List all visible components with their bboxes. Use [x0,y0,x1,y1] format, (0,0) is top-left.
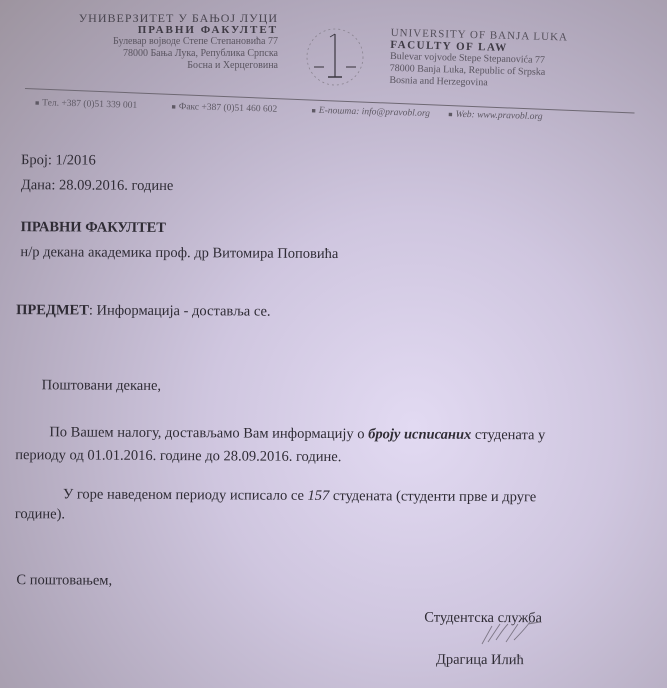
letterhead-address-line-1: Булевар војводе Степе Степановића 77 [48,36,278,48]
recipient-attention: н/р декана академика проф. др Витомира П… [20,244,338,263]
subject-line: ПРЕДМЕТ: Информација - доставља се. [16,302,271,321]
contact-phone: Тел. +387 (0)51 339 001 [42,98,137,111]
paragraph-2-line-2: године). [15,506,65,523]
contact-fax: Факс +387 (0)51 460 602 [179,102,278,115]
paragraph-1-text: По Вашем налогу, достављамо Вам информац… [49,424,368,442]
handwritten-signature-icon [478,618,548,648]
bullet-icon: ■ [448,111,452,119]
recipient-title: ПРАВНИ ФАКУЛТЕТ [21,219,166,237]
contact-web: Web: www.pravobl.org [455,110,542,122]
bullet-icon: ■ [311,107,315,115]
paragraph-2-line-1: У горе наведеном периоду исписало се 157… [63,486,536,506]
letterhead-faculty-cyrillic: ПРАВНИ ФАКУЛТЕТ [48,24,278,36]
paragraph-1-line-1: По Вашем налогу, достављамо Вам информац… [49,424,545,444]
paragraph-2-text: У горе наведеном периоду исписало се [63,486,308,503]
paragraph-2-text-end: студената (студенти прве и друге [329,488,536,505]
document-date: Дана: 28.09.2016. године [21,177,174,195]
letterhead-address-line-3: Босна и Херцеговина [48,60,278,72]
signature-name: Драгица Илић [436,652,524,670]
letterhead-english: UNIVERSITY OF BANJA LUKA FACULTY OF LAW … [389,27,630,93]
letterhead-address-line-2: 78000 Бања Лука, Република Српска [48,48,278,60]
document-number: Број: 1/2016 [21,152,96,169]
subject-text: : Информација - доставља се. [89,303,271,320]
student-count: 157 [307,488,329,504]
letterhead-university-cyrillic: УНИВЕРЗИТЕТ У БАЊОЈ ЛУЦИ [48,12,278,24]
letterhead-contact-line: ■Тел. +387 (0)51 339 001 ■Факс +387 (0)5… [35,98,655,125]
letterhead-cyrillic: УНИВЕРЗИТЕТ У БАЊОЈ ЛУЦИ ПРАВНИ ФАКУЛТЕТ… [48,12,278,72]
closing: С поштовањем, [16,572,112,590]
paragraph-1-line-2: периоду од 01.01.2016. године до 28.09.2… [15,447,341,466]
salutation: Поштовани декане, [42,377,162,395]
scales-of-justice-seal-icon [300,22,370,92]
bullet-icon: ■ [171,103,175,111]
emphasis-text: броју исписаних [368,426,471,443]
scanned-letter: УНИВЕРЗИТЕТ У БАЊОЈ ЛУЦИ ПРАВНИ ФАКУЛТЕТ… [0,0,667,688]
paragraph-1-text-end: студената у [471,427,545,443]
contact-email: Е-пошта: info@pravobl.org [319,106,430,119]
bullet-icon: ■ [35,99,39,107]
subject-label: ПРЕДМЕТ [16,302,89,318]
